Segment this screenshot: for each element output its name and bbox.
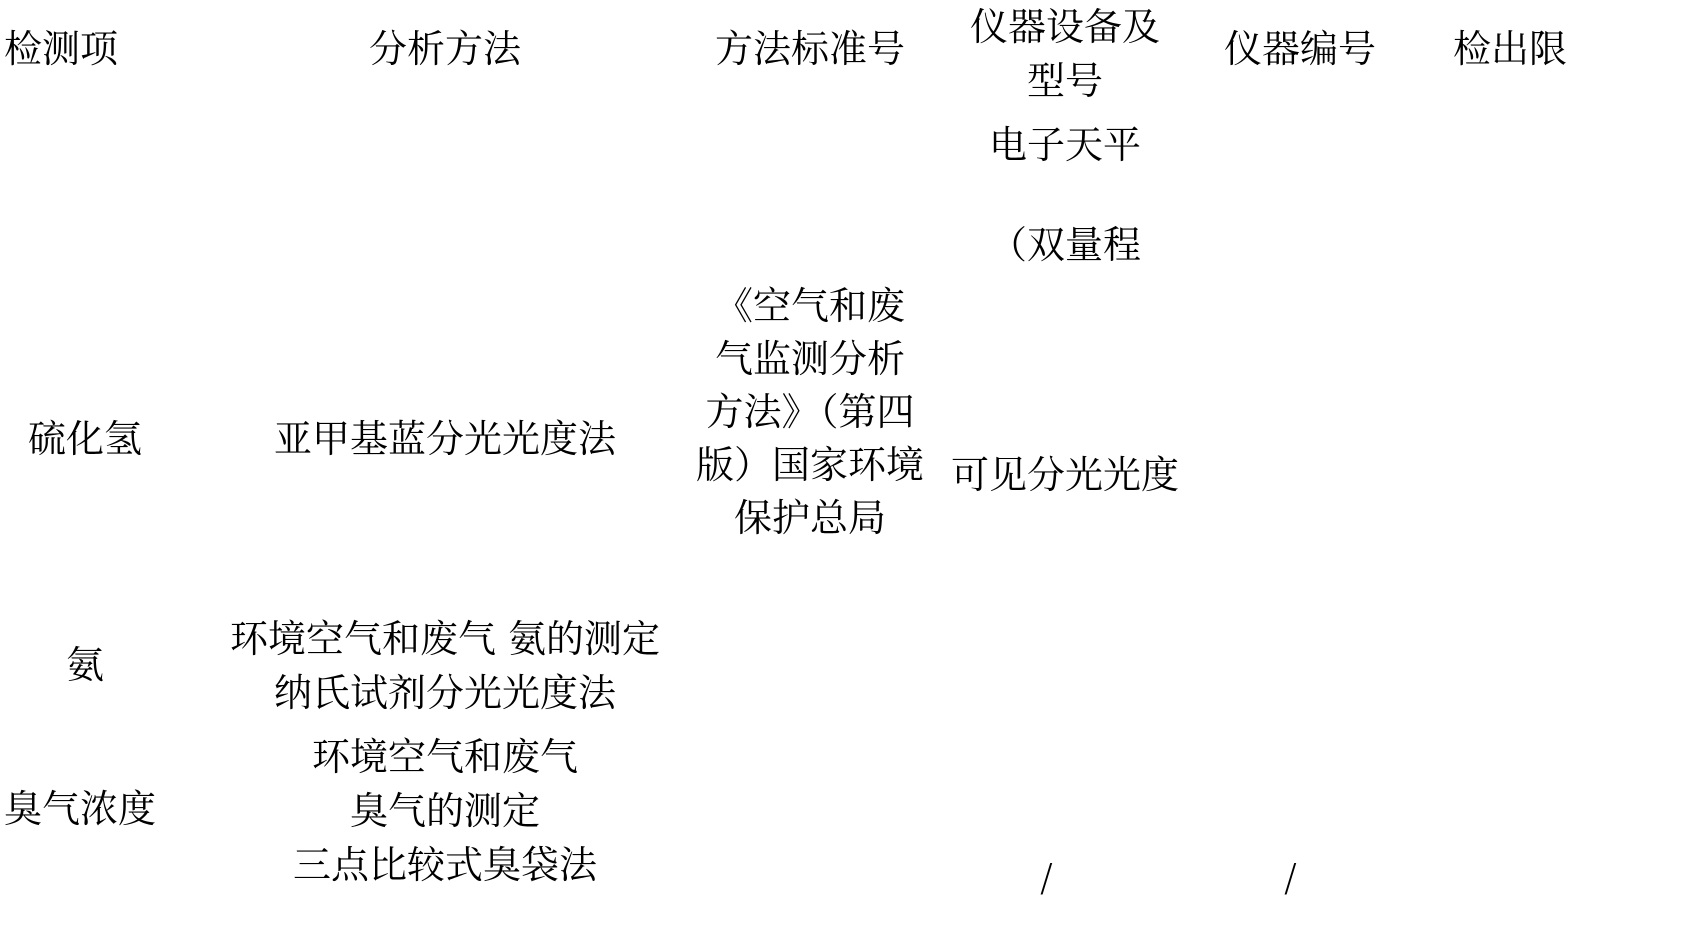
header-instrument: 仪器设备及 型号 bbox=[930, 0, 1200, 108]
row3-instrument: / bbox=[1040, 858, 1053, 898]
header-item: 检测项 bbox=[4, 22, 118, 76]
row1-instrument-line2: （双量程 bbox=[930, 218, 1200, 272]
header-detection-limit: 检出限 bbox=[1430, 22, 1590, 76]
row3-item: 臭气浓度 bbox=[4, 782, 156, 836]
row2-item: 氨 bbox=[0, 638, 170, 692]
header-instrument-line2: 型号 bbox=[930, 54, 1200, 108]
row1-instrument-line1: 电子天平 bbox=[930, 118, 1200, 172]
row1-standard: 《空气和废 气监测分析 方法》（第四 版）国家环境 保护总局 bbox=[690, 280, 930, 545]
header-instrument-line1: 仪器设备及 bbox=[930, 0, 1200, 54]
row3-instrument-no: / bbox=[1284, 858, 1297, 898]
row1-item: 硫化氢 bbox=[0, 412, 170, 466]
row1-instrument-line3: 可见分光光度 bbox=[920, 448, 1210, 502]
header-standard: 方法标准号 bbox=[700, 22, 920, 76]
row1-method: 亚甲基蓝分光光度法 bbox=[230, 412, 660, 466]
header-instrument-no: 仪器编号 bbox=[1200, 22, 1400, 76]
header-method: 分析方法 bbox=[300, 22, 590, 76]
row2-method: 环境空气和废气 氨的测定 纳氏试剂分光光度法 bbox=[200, 612, 690, 720]
row3-method: 环境空气和废气 臭气的测定 三点比较式臭袋法 bbox=[250, 730, 640, 892]
